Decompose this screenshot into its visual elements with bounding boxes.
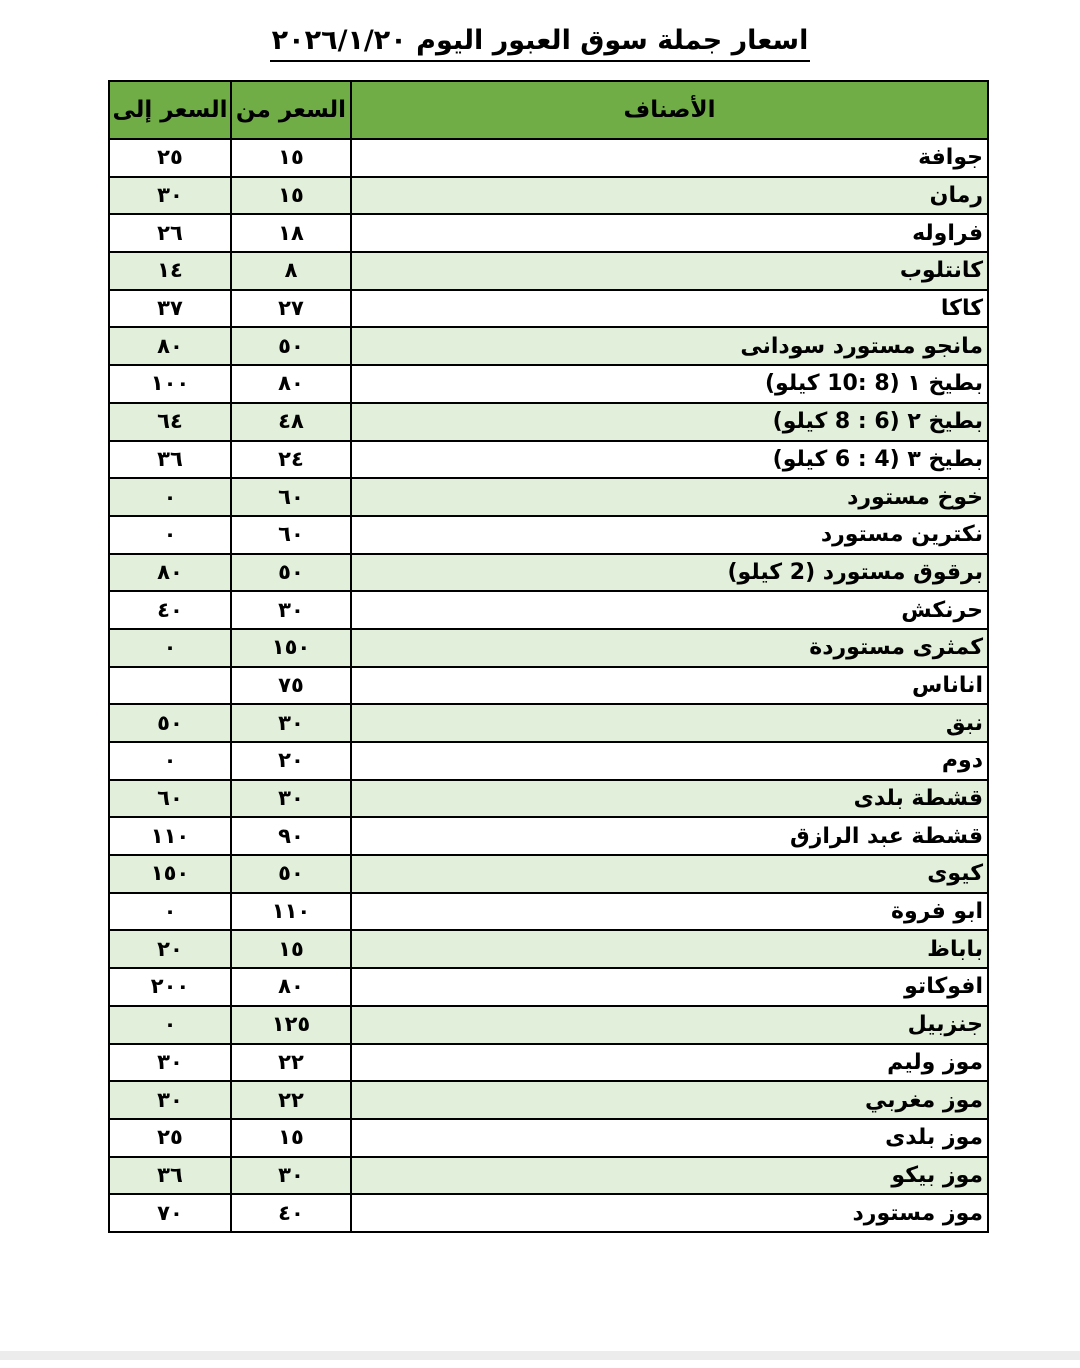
price-to: ٠ <box>109 629 231 667</box>
item-name: موز مغربي <box>351 1081 988 1119</box>
table-row: باباظ١٥٢٠ <box>109 930 988 968</box>
price-from: ٢٢ <box>231 1044 351 1082</box>
price-to: ٠ <box>109 1006 231 1044</box>
price-from: ٢٧ <box>231 290 351 328</box>
item-name: موز بيكو <box>351 1157 988 1195</box>
price-from: ٣٠ <box>231 591 351 629</box>
price-from: ٨٠ <box>231 365 351 403</box>
price-to: ٣٠ <box>109 1081 231 1119</box>
item-name: برقوق مستورد (2 كيلو) <box>351 554 988 592</box>
header-row: الأصناف السعر من السعر إلى <box>109 81 988 139</box>
price-from: ١٢٥ <box>231 1006 351 1044</box>
table-row: بطيخ ٢ (6 : 8 كيلو)٤٨٦٤ <box>109 403 988 441</box>
price-from: ٦٠ <box>231 478 351 516</box>
price-table: الأصناف السعر من السعر إلى جوافة١٥٢٥ رما… <box>108 80 989 1233</box>
item-name: رمان <box>351 177 988 215</box>
item-name: فراوله <box>351 214 988 252</box>
price-from: ٣٠ <box>231 780 351 818</box>
table-row: جنزبيل١٢٥٠ <box>109 1006 988 1044</box>
price-to: ٨٠ <box>109 554 231 592</box>
price-from: ٩٠ <box>231 817 351 855</box>
table-row: بطيخ ٣ (4 : 6 كيلو)٢٤٣٦ <box>109 441 988 479</box>
price-to: ٢٥ <box>109 1119 231 1157</box>
price-to: ٠ <box>109 742 231 780</box>
price-from: ٤٨ <box>231 403 351 441</box>
table-row: موز مستورد٤٠٧٠ <box>109 1194 988 1232</box>
price-to: ٢٥ <box>109 139 231 177</box>
price-table-body: جوافة١٥٢٥ رمان١٥٣٠ فراوله١٨٢٦ كانتلوب٨١٤… <box>109 139 988 1232</box>
item-name: قشطة بلدى <box>351 780 988 818</box>
price-to: ٣٠ <box>109 1044 231 1082</box>
item-name: حرنكش <box>351 591 988 629</box>
price-from: ١٥ <box>231 177 351 215</box>
price-from: ٤٠ <box>231 1194 351 1232</box>
item-name: موز وليم <box>351 1044 988 1082</box>
price-from: ٨٠ <box>231 968 351 1006</box>
price-from: ١١٠ <box>231 893 351 931</box>
item-name: كانتلوب <box>351 252 988 290</box>
price-from: ١٥ <box>231 1119 351 1157</box>
price-from: ٨ <box>231 252 351 290</box>
item-name: بطيخ ١ (8 :10 كيلو) <box>351 365 988 403</box>
price-to: ٢٠ <box>109 930 231 968</box>
header-items: الأصناف <box>351 81 988 139</box>
price-to: ١٥٠ <box>109 855 231 893</box>
price-from: ٦٠ <box>231 516 351 554</box>
table-row: كمثرى مستوردة١٥٠٠ <box>109 629 988 667</box>
price-from: ٣٠ <box>231 704 351 742</box>
price-from: ٧٥ <box>231 667 351 705</box>
price-to: ٨٠ <box>109 327 231 365</box>
item-name: دوم <box>351 742 988 780</box>
price-to: ٠ <box>109 478 231 516</box>
price-to: ١٤ <box>109 252 231 290</box>
price-to: ٢٦ <box>109 214 231 252</box>
price-to <box>109 667 231 705</box>
item-name: موز مستورد <box>351 1194 988 1232</box>
table-row: مانجو مستورد سودانى٥٠٨٠ <box>109 327 988 365</box>
header-price-from: السعر من <box>231 81 351 139</box>
price-to: ١١٠ <box>109 817 231 855</box>
item-name: خوخ مستورد <box>351 478 988 516</box>
table-row: كاكا٢٧٣٧ <box>109 290 988 328</box>
price-to: ٧٠ <box>109 1194 231 1232</box>
price-from: ١٥٠ <box>231 629 351 667</box>
table-row: موز بلدى١٥٢٥ <box>109 1119 988 1157</box>
price-to: ٦٠ <box>109 780 231 818</box>
table-row: برقوق مستورد (2 كيلو)٥٠٨٠ <box>109 554 988 592</box>
price-to: ١٠٠ <box>109 365 231 403</box>
header-price-to: السعر إلى <box>109 81 231 139</box>
bottom-divider <box>0 1351 1080 1360</box>
price-to: ٠ <box>109 516 231 554</box>
table-row: كانتلوب٨١٤ <box>109 252 988 290</box>
item-name: بطيخ ٣ (4 : 6 كيلو) <box>351 441 988 479</box>
price-from: ١٥ <box>231 930 351 968</box>
table-row: موز وليم٢٢٣٠ <box>109 1044 988 1082</box>
price-from: ١٨ <box>231 214 351 252</box>
price-to: ٣٧ <box>109 290 231 328</box>
table-row: اناناس٧٥ <box>109 667 988 705</box>
table-row: رمان١٥٣٠ <box>109 177 988 215</box>
item-name: كاكا <box>351 290 988 328</box>
price-to: ٢٠٠ <box>109 968 231 1006</box>
price-to: ٣٦ <box>109 1157 231 1195</box>
table-row: قشطة بلدى٣٠٦٠ <box>109 780 988 818</box>
price-from: ٢٢ <box>231 1081 351 1119</box>
price-table-header: الأصناف السعر من السعر إلى <box>109 81 988 139</box>
price-to: ٠ <box>109 893 231 931</box>
item-name: ابو فروة <box>351 893 988 931</box>
price-from: ٥٠ <box>231 554 351 592</box>
item-name: قشطة عبد الرازق <box>351 817 988 855</box>
item-name: كمثرى مستوردة <box>351 629 988 667</box>
price-to: ٤٠ <box>109 591 231 629</box>
page-title-wrapper: اسعار جملة سوق العبور اليوم ٢٠٢٦/١/٢٠ <box>0 22 1080 62</box>
table-row: فراوله١٨٢٦ <box>109 214 988 252</box>
table-row: قشطة عبد الرازق٩٠١١٠ <box>109 817 988 855</box>
table-row: موز مغربي٢٢٣٠ <box>109 1081 988 1119</box>
price-from: ٢٠ <box>231 742 351 780</box>
table-row: دوم٢٠٠ <box>109 742 988 780</box>
table-row: كيوى٥٠١٥٠ <box>109 855 988 893</box>
table-row: جوافة١٥٢٥ <box>109 139 988 177</box>
price-to: ٣٦ <box>109 441 231 479</box>
price-from: ٥٠ <box>231 327 351 365</box>
price-to: ٣٠ <box>109 177 231 215</box>
price-from: ١٥ <box>231 139 351 177</box>
item-name: بطيخ ٢ (6 : 8 كيلو) <box>351 403 988 441</box>
item-name: نكترين مستورد <box>351 516 988 554</box>
table-row: حرنكش٣٠٤٠ <box>109 591 988 629</box>
item-name: موز بلدى <box>351 1119 988 1157</box>
item-name: جوافة <box>351 139 988 177</box>
table-row: افوكاتو٨٠٢٠٠ <box>109 968 988 1006</box>
table-row: ابو فروة١١٠٠ <box>109 893 988 931</box>
table-row: خوخ مستورد٦٠٠ <box>109 478 988 516</box>
price-from: ٥٠ <box>231 855 351 893</box>
price-from: ٢٤ <box>231 441 351 479</box>
item-name: افوكاتو <box>351 968 988 1006</box>
item-name: اناناس <box>351 667 988 705</box>
price-to: ٥٠ <box>109 704 231 742</box>
item-name: كيوى <box>351 855 988 893</box>
item-name: نبق <box>351 704 988 742</box>
item-name: جنزبيل <box>351 1006 988 1044</box>
item-name: مانجو مستورد سودانى <box>351 327 988 365</box>
table-row: نكترين مستورد٦٠٠ <box>109 516 988 554</box>
price-to: ٦٤ <box>109 403 231 441</box>
item-name: باباظ <box>351 930 988 968</box>
table-row: موز بيكو٣٠٣٦ <box>109 1157 988 1195</box>
table-row: بطيخ ١ (8 :10 كيلو)٨٠١٠٠ <box>109 365 988 403</box>
price-from: ٣٠ <box>231 1157 351 1195</box>
table-row: نبق٣٠٥٠ <box>109 704 988 742</box>
page-title: اسعار جملة سوق العبور اليوم ٢٠٢٦/١/٢٠ <box>270 22 811 62</box>
